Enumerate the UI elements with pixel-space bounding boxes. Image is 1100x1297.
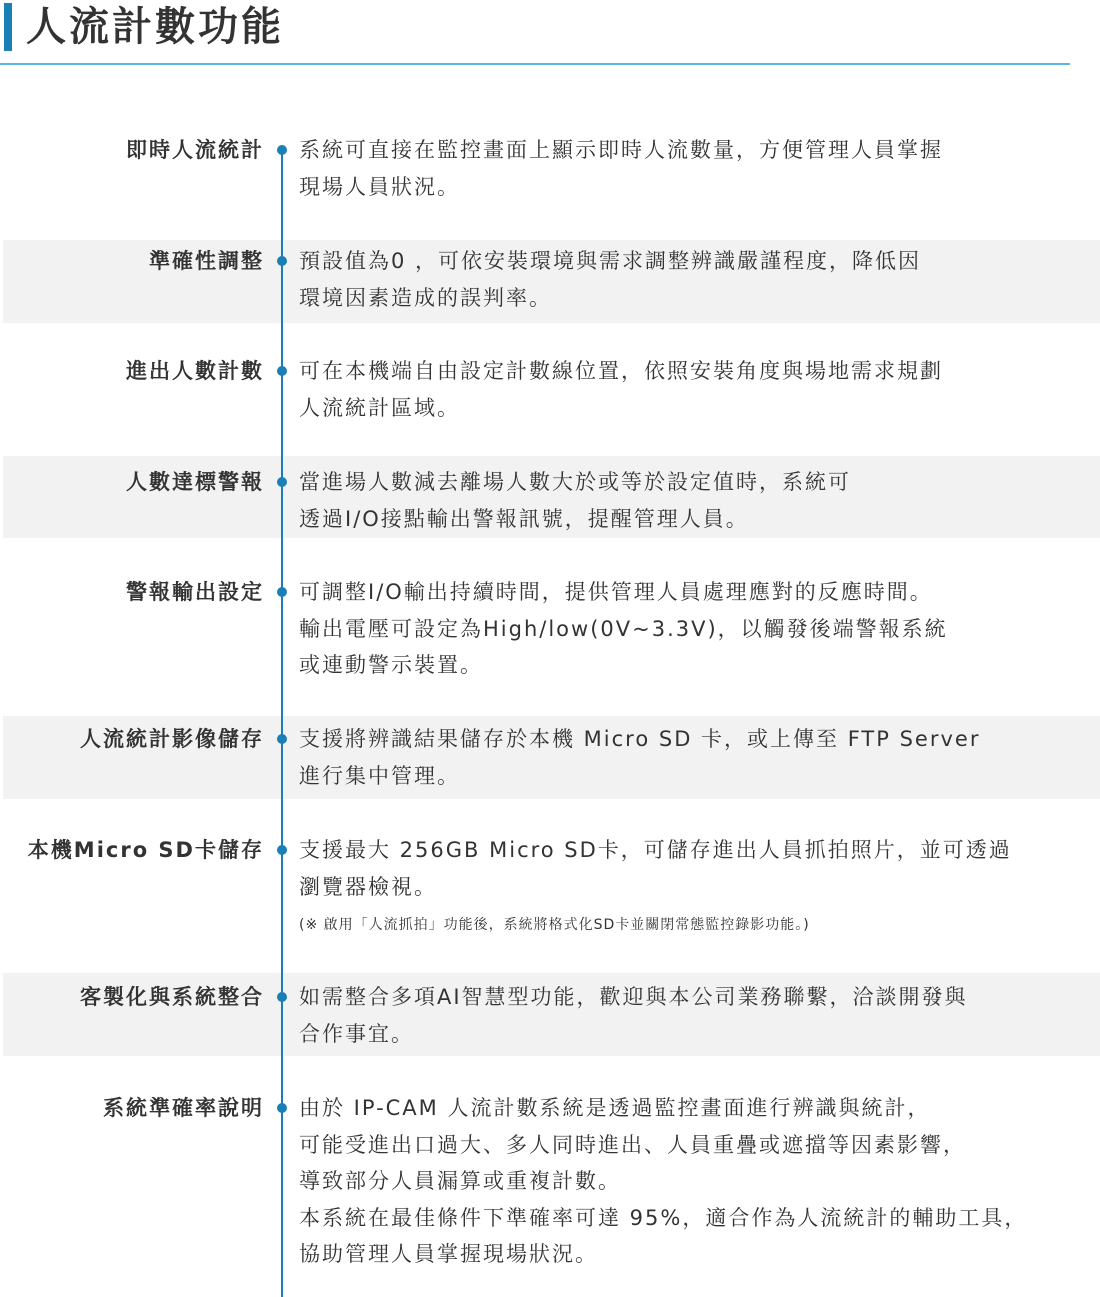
description-line: 可能受進出口過大、多人同時進出、人員重疊或遮擋等因素影響， <box>299 1127 1099 1164</box>
description-line: 可調整I/O輸出持續時間，提供管理人員處理應對的反應時間。 <box>299 574 1099 611</box>
description-line: 可在本機端自由設定計數線位置，依照安裝角度與場地需求規劃 <box>299 353 1099 390</box>
feature-label: 本機Micro SD卡儲存 <box>28 832 264 868</box>
feature-description: 支援將辨識結果儲存於本機 Micro SD 卡，或上傳至 FTP Server … <box>299 721 1099 794</box>
feature-label: 人數達標警報 <box>126 464 264 500</box>
feature-note: (※ 啟用「人流抓拍」功能後，系統將格式化SD卡並關閉常態監控錄影功能。) <box>299 913 1099 937</box>
feature-row-image-storage: 人流統計影像儲存 支援將辨識結果儲存於本機 Micro SD 卡，或上傳至 FT… <box>3 716 1100 799</box>
feature-description: 當進場人數減去離場人數大於或等於設定值時，系統可 透過I/O接點輸出警報訊號，提… <box>299 464 1099 537</box>
header-divider <box>0 63 1070 65</box>
description-line: 協助管理人員掌握現場狀況。 <box>299 1236 1099 1273</box>
feature-row-accuracy-note: 系統準確率說明 由於 IP-CAM 人流計數系統是透過監控畫面進行辨識與統計， … <box>3 1056 1100 1297</box>
feature-row-accuracy-adjust: 準確性調整 預設值為0 ，可依安裝環境與需求調整辨識嚴謹程度，降低因 環境因素造… <box>3 240 1100 323</box>
description-line: 現場人員狀況。 <box>299 169 1099 206</box>
feature-row-sd-storage: 本機Micro SD卡儲存 支援最大 256GB Micro SD卡，可儲存進出… <box>3 799 1100 973</box>
feature-description: 由於 IP-CAM 人流計數系統是透過監控畫面進行辨識與統計， 可能受進出口過大… <box>299 1090 1099 1273</box>
description-line: 支援將辨識結果儲存於本機 Micro SD 卡，或上傳至 FTP Server <box>299 721 1099 758</box>
feature-description: 預設值為0 ，可依安裝環境與需求調整辨識嚴謹程度，降低因 環境因素造成的誤判率。 <box>299 243 1099 316</box>
description-line: 透過I/O接點輸出警報訊號，提醒管理人員。 <box>299 501 1099 538</box>
feature-description: 支援最大 256GB Micro SD卡，可儲存進出人員抓拍照片，並可透過 瀏覽… <box>299 832 1099 937</box>
feature-description: 如需整合多項AI智慧型功能，歡迎與本公司業務聯繫，洽談開發與 合作事宜。 <box>299 979 1099 1052</box>
description-line: 導致部分人員漏算或重複計數。 <box>299 1163 1099 1200</box>
feature-description: 可調整I/O輸出持續時間，提供管理人員處理應對的反應時間。 輸出電壓可設定為Hi… <box>299 574 1099 684</box>
title-accent-bar <box>4 3 12 51</box>
description-line: 人流統計區域。 <box>299 390 1099 427</box>
feature-label: 進出人數計數 <box>126 353 264 389</box>
description-line: 預設值為0 ，可依安裝環境與需求調整辨識嚴謹程度，降低因 <box>299 243 1099 280</box>
description-line: 由於 IP-CAM 人流計數系統是透過監控畫面進行辨識與統計， <box>299 1090 1099 1127</box>
feature-label: 警報輸出設定 <box>126 574 264 610</box>
description-line: 進行集中管理。 <box>299 758 1099 795</box>
feature-label: 準確性調整 <box>149 243 264 279</box>
feature-label: 客製化與系統整合 <box>80 979 264 1015</box>
feature-label: 人流統計影像儲存 <box>80 721 264 757</box>
section-header: 人流計數功能 <box>0 0 1100 66</box>
feature-row-realtime-count: 即時人流統計 系統可直接在監控畫面上顯示即時人流數量，方便管理人員掌握 現場人員… <box>3 125 1100 240</box>
feature-description: 系統可直接在監控畫面上顯示即時人流數量，方便管理人員掌握 現場人員狀況。 <box>299 132 1099 205</box>
description-line: 輸出電壓可設定為High/low(0V~3.3V)，以觸發後端警報系統 <box>299 611 1099 648</box>
description-line: 環境因素造成的誤判率。 <box>299 280 1099 317</box>
description-line: 當進場人數減去離場人數大於或等於設定值時，系統可 <box>299 464 1099 501</box>
timeline-line <box>281 150 283 1297</box>
feature-row-alarm-output: 警報輸出設定 可調整I/O輸出持續時間，提供管理人員處理應對的反應時間。 輸出電… <box>3 538 1100 716</box>
description-line: 瀏覽器檢視。 <box>299 869 1099 906</box>
description-line: 合作事宜。 <box>299 1016 1099 1053</box>
description-line: 本系統在最佳條件下準確率可達 95%，適合作為人流統計的輔助工具， <box>299 1200 1099 1237</box>
feature-row-in-out-count: 進出人數計數 可在本機端自由設定計數線位置，依照安裝角度與場地需求規劃 人流統計… <box>3 323 1100 456</box>
feature-label: 即時人流統計 <box>126 132 264 168</box>
description-line: 系統可直接在監控畫面上顯示即時人流數量，方便管理人員掌握 <box>299 132 1099 169</box>
feature-label: 系統準確率說明 <box>103 1090 264 1126</box>
feature-description: 可在本機端自由設定計數線位置，依照安裝角度與場地需求規劃 人流統計區域。 <box>299 353 1099 426</box>
feature-row-threshold-alarm: 人數達標警報 當進場人數減去離場人數大於或等於設定值時，系統可 透過I/O接點輸… <box>3 456 1100 538</box>
description-line: 如需整合多項AI智慧型功能，歡迎與本公司業務聯繫，洽談開發與 <box>299 979 1099 1016</box>
page-title: 人流計數功能 <box>26 0 284 54</box>
feature-row-customization: 客製化與系統整合 如需整合多項AI智慧型功能，歡迎與本公司業務聯繫，洽談開發與 … <box>3 973 1100 1056</box>
description-line: 支援最大 256GB Micro SD卡，可儲存進出人員抓拍照片，並可透過 <box>299 832 1099 869</box>
description-line: 或連動警示裝置。 <box>299 647 1099 684</box>
